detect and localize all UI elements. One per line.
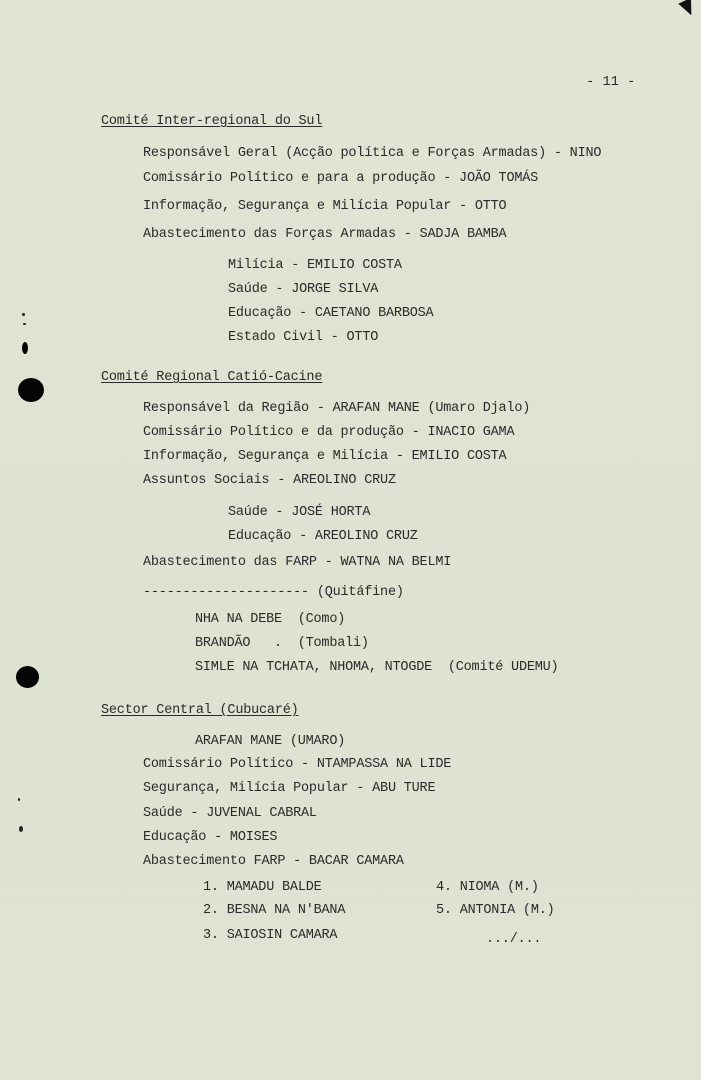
ink-speck-icon <box>19 826 23 832</box>
page-number: - 11 - <box>586 74 635 90</box>
section-subline: Educação - AREOLINO CRUZ <box>228 529 418 545</box>
section-heading-sector-central: Sector Central (Cubucaré) <box>101 703 299 719</box>
section-heading-inter-regional: Comité Inter-regional do Sul <box>101 114 322 130</box>
sector-leader: ARAFAN MANE (UMARO) <box>195 734 345 750</box>
section-subline: Saúde - JORGE SILVA <box>228 282 378 298</box>
ink-speck-icon <box>22 313 25 316</box>
numbered-item: 1. MAMADU BALDE <box>203 880 322 896</box>
document-page: - 11 - Comité Inter-regional do Sul Resp… <box>0 0 701 1080</box>
section-line: Informação, Segurança e Milícia - EMILIO… <box>143 449 506 465</box>
section-line: Abastecimento FARP - BACAR CAMARA <box>143 854 404 870</box>
section-line: Comissário Político e da produção - INAC… <box>143 425 514 441</box>
section-subline: Estado Civil - OTTO <box>228 330 378 346</box>
continuation-mark: .../... <box>486 932 541 948</box>
section-line: Comissário Político e para a produção - … <box>143 171 538 187</box>
section-line: Informação, Segurança e Milícia Popular … <box>143 199 506 215</box>
section-subline: Educação - CAETANO BARBOSA <box>228 306 433 322</box>
section-line: Segurança, Milícia Popular - ABU TURE <box>143 781 435 797</box>
section-line: Responsável Geral (Acção política e Forç… <box>143 146 601 162</box>
ink-speck-icon <box>22 342 28 354</box>
punch-hole-icon <box>18 378 44 402</box>
section-line: Assuntos Sociais - AREOLINO CRUZ <box>143 473 396 489</box>
ink-speck-icon <box>23 323 26 325</box>
numbered-item: 5. ANTONIA (M.) <box>436 903 555 919</box>
numbered-item: 4. NIOMA (M.) <box>436 880 539 896</box>
numbered-item: 2. BESNA NA N'BANA <box>203 903 345 919</box>
quitafine-item: BRANDÃO . (Tombali) <box>195 636 369 652</box>
section-line: Responsável da Região - ARAFAN MANE (Uma… <box>143 401 530 417</box>
section-line: Educação - MOISES <box>143 830 277 846</box>
section-subline: Saúde - JOSÉ HORTA <box>228 505 370 521</box>
supply-line: Abastecimento das FARP - WATNA NA BELMI <box>143 555 451 571</box>
quitafine-item: NHA NA DEBE (Como) <box>195 612 345 628</box>
section-line: Abastecimento das Forças Armadas - SADJA… <box>143 227 506 243</box>
punch-hole-icon <box>16 666 39 688</box>
corner-mark-icon <box>678 0 697 18</box>
ink-speck-icon <box>18 798 20 801</box>
quitafine-item: SIMLE NA TCHATA, NHOMA, NTOGDE (Comité U… <box>195 660 558 676</box>
quitafine-line: --------------------- (Quitáfine) <box>143 585 404 601</box>
section-line: Comissário Político - NTAMPASSA NA LIDE <box>143 757 451 773</box>
numbered-item: 3. SAIOSIN CAMARA <box>203 928 337 944</box>
section-heading-catio-cacine: Comité Regional Catió-Cacine <box>101 370 322 386</box>
section-subline: Milícia - EMILIO COSTA <box>228 258 402 274</box>
section-line: Saúde - JUVENAL CABRAL <box>143 806 317 822</box>
